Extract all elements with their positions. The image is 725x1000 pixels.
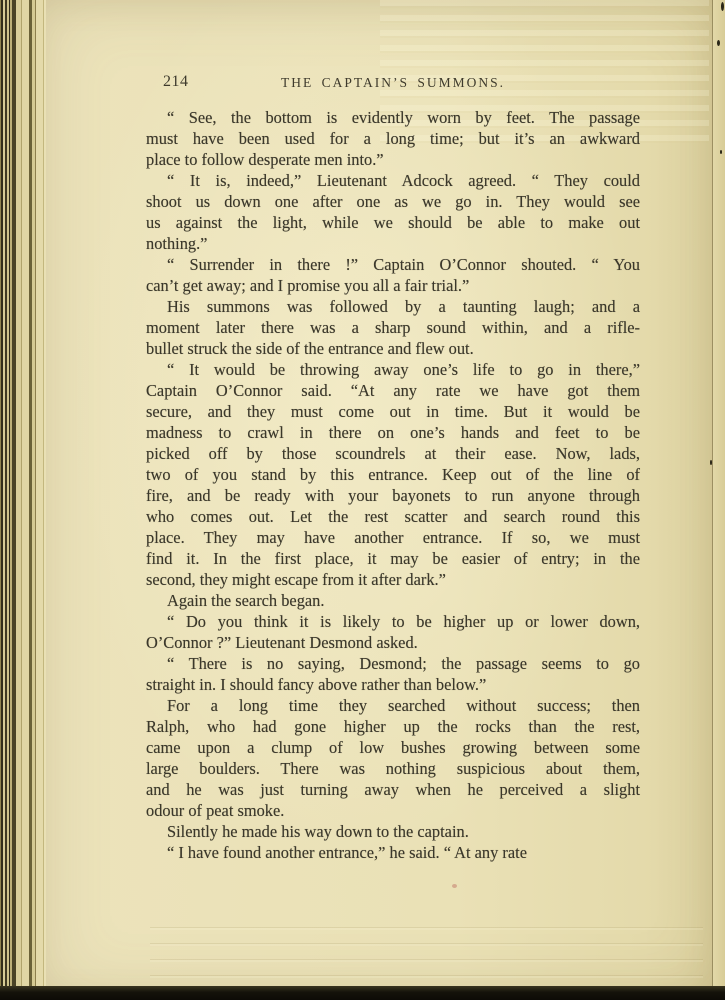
text-line: O’Connor ?” Lieutenant Desmond asked.	[146, 632, 640, 653]
text-line: came upon a clump of low bushes growing …	[146, 737, 640, 758]
text-line: His summons was followed by a taunting l…	[146, 296, 640, 317]
text-line: secure, and they must come out in time. …	[146, 401, 640, 422]
text-line: picked off by those scoundrels at their …	[146, 443, 640, 464]
book-scan: 214 THE CAPTAIN’S SUMMONS. “ See, the bo…	[0, 0, 725, 1000]
text-line: Captain O’Connor said. “At any rate we h…	[146, 380, 640, 401]
text-line: and he was just turning away when he per…	[146, 779, 640, 800]
edge-speck	[717, 40, 720, 46]
text-line: us against the light, while we should be…	[146, 212, 640, 233]
book-binding-left	[0, 0, 46, 1000]
text-line: For a long time they searched without su…	[146, 695, 640, 716]
text-line: place to follow desperate men into.”	[146, 149, 640, 170]
text-line: “ I have found another entrance,” he sai…	[146, 842, 640, 863]
text-line: must have been used for a long time; but…	[146, 128, 640, 149]
text-block: “ See, the bottom is evidently worn by f…	[146, 107, 640, 863]
text-line: “ It is, indeed,” Lieutenant Adcock agre…	[146, 170, 640, 191]
page-header: 214 THE CAPTAIN’S SUMMONS.	[146, 73, 640, 93]
text-line: “ See, the bottom is evidently worn by f…	[146, 107, 640, 128]
text-line: find it. In the first place, it may be e…	[146, 548, 640, 569]
text-line: can’t get away; and I promise you all a …	[146, 275, 640, 296]
text-line: bullet struck the side of the entrance a…	[146, 338, 640, 359]
text-line: “ There is no saying, Desmond; the passa…	[146, 653, 640, 674]
text-line: “ It would be throwing away one’s life t…	[146, 359, 640, 380]
text-line: large boulders. There was nothing suspic…	[146, 758, 640, 779]
edge-speck	[710, 460, 712, 465]
text-line: shoot us down one after one as we go in.…	[146, 191, 640, 212]
text-line: who comes out. Let the rest scatter and …	[146, 506, 640, 527]
text-line: “ Do you think it is likely to be higher…	[146, 611, 640, 632]
text-line: place. They may have another entrance. I…	[146, 527, 640, 548]
edge-speck	[721, 2, 724, 11]
running-title: THE CAPTAIN’S SUMMONS.	[146, 75, 640, 91]
text-line: second, they might escape from it after …	[146, 569, 640, 590]
text-line: Again the search began.	[146, 590, 640, 611]
text-line: Ralph, who had gone higher up the rocks …	[146, 716, 640, 737]
text-line: straight in. I should fancy above rather…	[146, 674, 640, 695]
text-line: two of you stand by this entrance. Keep …	[146, 464, 640, 485]
text-line: odour of peat smoke.	[146, 800, 640, 821]
page-stain	[452, 884, 457, 888]
text-line: nothing.”	[146, 233, 640, 254]
text-line: madness to crawl in there on one’s hands…	[146, 422, 640, 443]
text-line: moment later there was a sharp sound wit…	[146, 317, 640, 338]
bottom-shadow	[0, 986, 725, 1000]
edge-speck	[720, 150, 722, 154]
text-line: Silently he made his way down to the cap…	[146, 821, 640, 842]
page-edge-band	[713, 0, 725, 988]
text-line: fire, and be ready with your bayonets to…	[146, 485, 640, 506]
text-line: “ Surrender in there !” Captain O’Connor…	[146, 254, 640, 275]
